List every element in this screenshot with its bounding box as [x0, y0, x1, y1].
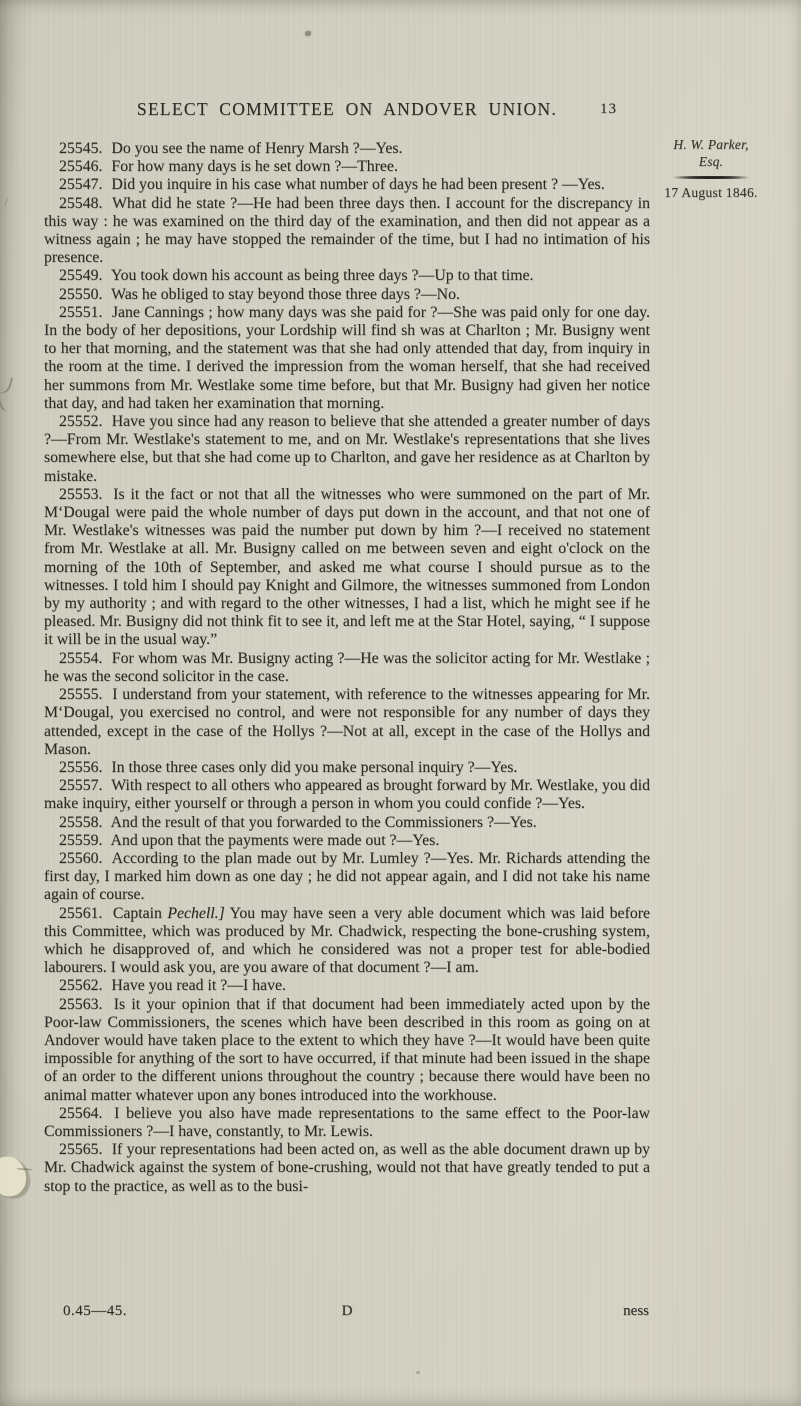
question-number: 25545.	[59, 140, 107, 157]
testimony-entry: 25562. Have you read it ?—I have.	[44, 977, 650, 995]
question-number: 25559.	[59, 832, 107, 849]
paper-speck	[305, 31, 311, 36]
swelled-rule	[673, 176, 749, 179]
witness-name: H. W. Parker,	[650, 136, 772, 153]
question-number: 25546.	[59, 158, 107, 175]
question-number: 25561.	[59, 905, 107, 922]
testimony-entry: 25565. If your representations had been …	[44, 1141, 650, 1196]
session-date: 17 August 1846.	[650, 184, 772, 201]
testimony-entry: 25560. According to the plan made out by…	[44, 850, 650, 905]
testimony-entry: 25563. Is it your opinion that if that d…	[44, 996, 650, 1105]
question-text: With respect to all others who appeared …	[44, 777, 650, 812]
testimony-entry: 25549. You took down his account as bein…	[44, 267, 650, 285]
question-text: I understand from your statement, with r…	[44, 686, 650, 758]
margin-notes: H. W. Parker, Esq. 17 August 1846.	[650, 136, 772, 201]
question-number: 25555.	[59, 686, 107, 703]
question-number: 25560.	[59, 850, 107, 867]
question-number: 25547.	[59, 176, 107, 193]
question-text: According to the plan made out by Mr. Lu…	[44, 850, 650, 903]
question-text: Did you inquire in his case what number …	[111, 176, 604, 193]
speaker-roman: Captain	[113, 905, 168, 922]
question-number: 25551.	[59, 304, 107, 321]
speaker-italic: Pechell.]	[167, 905, 224, 922]
testimony-entry: 25548. What did he state ?—He had been t…	[44, 195, 650, 268]
question-number: 25557.	[59, 777, 107, 794]
testimony-body: 25545. Do you see the name of Henry Mars…	[44, 140, 650, 1196]
question-text: Have you read it ?—I have.	[111, 977, 286, 994]
witness-title: Esq.	[650, 153, 772, 170]
testimony-entry: 25547. Did you inquire in his case what …	[44, 176, 650, 194]
question-number: 25548.	[59, 195, 107, 212]
question-number: 25564.	[59, 1105, 107, 1122]
margin-blemish	[0, 397, 13, 412]
question-text: Jane Cannings ; how many days was she pa…	[44, 304, 650, 412]
question-number: 25565.	[59, 1141, 107, 1158]
question-text: I believe you also have made representat…	[44, 1105, 650, 1140]
testimony-entry: 25564. I believe you also have made repr…	[44, 1105, 650, 1141]
question-number: 25550.	[59, 286, 107, 303]
testimony-entry: 25556. In those three cases only did you…	[44, 759, 650, 777]
question-text: And the result of that you forwarded to …	[111, 814, 537, 831]
catchword: ness	[623, 1303, 649, 1320]
testimony-entry: 25553. Is it the fact or not that all th…	[44, 486, 650, 650]
question-text: Do you see the name of Henry Marsh ?—Yes…	[111, 140, 402, 157]
question-number: 25552.	[59, 413, 107, 430]
paper-tear	[0, 1152, 33, 1201]
question-text: Have you since had any reason to believe…	[44, 413, 650, 485]
question-number: 25556.	[59, 759, 107, 776]
running-title: SELECT COMMITTEE ON ANDOVER UNION.	[44, 99, 650, 120]
scanned-report-page: SELECT COMMITTEE ON ANDOVER UNION. 13 H.…	[0, 0, 801, 1406]
margin-blemish	[0, 195, 8, 207]
testimony-entry: 25557. With respect to all others who ap…	[44, 777, 650, 813]
testimony-entry: 25561. Captain Pechell.] You may have se…	[44, 905, 650, 978]
testimony-entry: 25545. Do you see the name of Henry Mars…	[44, 140, 650, 158]
question-text: What did he state ?—He had been three da…	[44, 195, 650, 267]
question-text: Is it the fact or not that all the witne…	[44, 486, 650, 649]
question-text: If your representations had been acted o…	[44, 1141, 650, 1194]
question-number: 25563.	[59, 996, 107, 1013]
question-text: You took down his account as being three…	[111, 267, 534, 284]
testimony-entry: 25546. For how many days is he set down …	[44, 158, 650, 176]
question-text: For how many days is he set down ?—Three…	[111, 158, 397, 175]
page-number: 13	[600, 101, 617, 118]
question-number: 25562.	[59, 977, 107, 994]
question-number: 25558.	[59, 814, 107, 831]
testimony-entry: 25550. Was he obliged to stay beyond tho…	[44, 286, 650, 304]
question-text: And upon that the payments were made out…	[111, 832, 440, 849]
paper-speck	[416, 1371, 420, 1374]
testimony-entry: 25554. For whom was Mr. Busigny acting ?…	[44, 650, 650, 686]
testimony-entry: 25551. Jane Cannings ; how many days was…	[44, 304, 650, 413]
question-text: For whom was Mr. Busigny acting ?—He was…	[44, 650, 650, 685]
margin-blemish	[0, 375, 13, 396]
testimony-entry: 25559. And upon that the payments were m…	[44, 832, 650, 850]
question-number: 25549.	[59, 267, 107, 284]
question-text: In those three cases only did you make p…	[111, 759, 517, 776]
question-number: 25553.	[59, 486, 107, 503]
question-number: 25554.	[59, 650, 107, 667]
question-text: Was he obliged to stay beyond those thre…	[111, 286, 460, 303]
page-footer: 0.45—45. D ness	[44, 1303, 650, 1323]
testimony-entry: 25558. And the result of that you forwar…	[44, 814, 650, 832]
question-text: Is it your opinion that if that document…	[44, 996, 650, 1104]
testimony-entry: 25552. Have you since had any reason to …	[44, 413, 650, 486]
testimony-entry: 25555. I understand from your statement,…	[44, 686, 650, 759]
press-figure: 0.45—45.	[63, 1303, 127, 1320]
signature-letter: D	[342, 1303, 353, 1320]
